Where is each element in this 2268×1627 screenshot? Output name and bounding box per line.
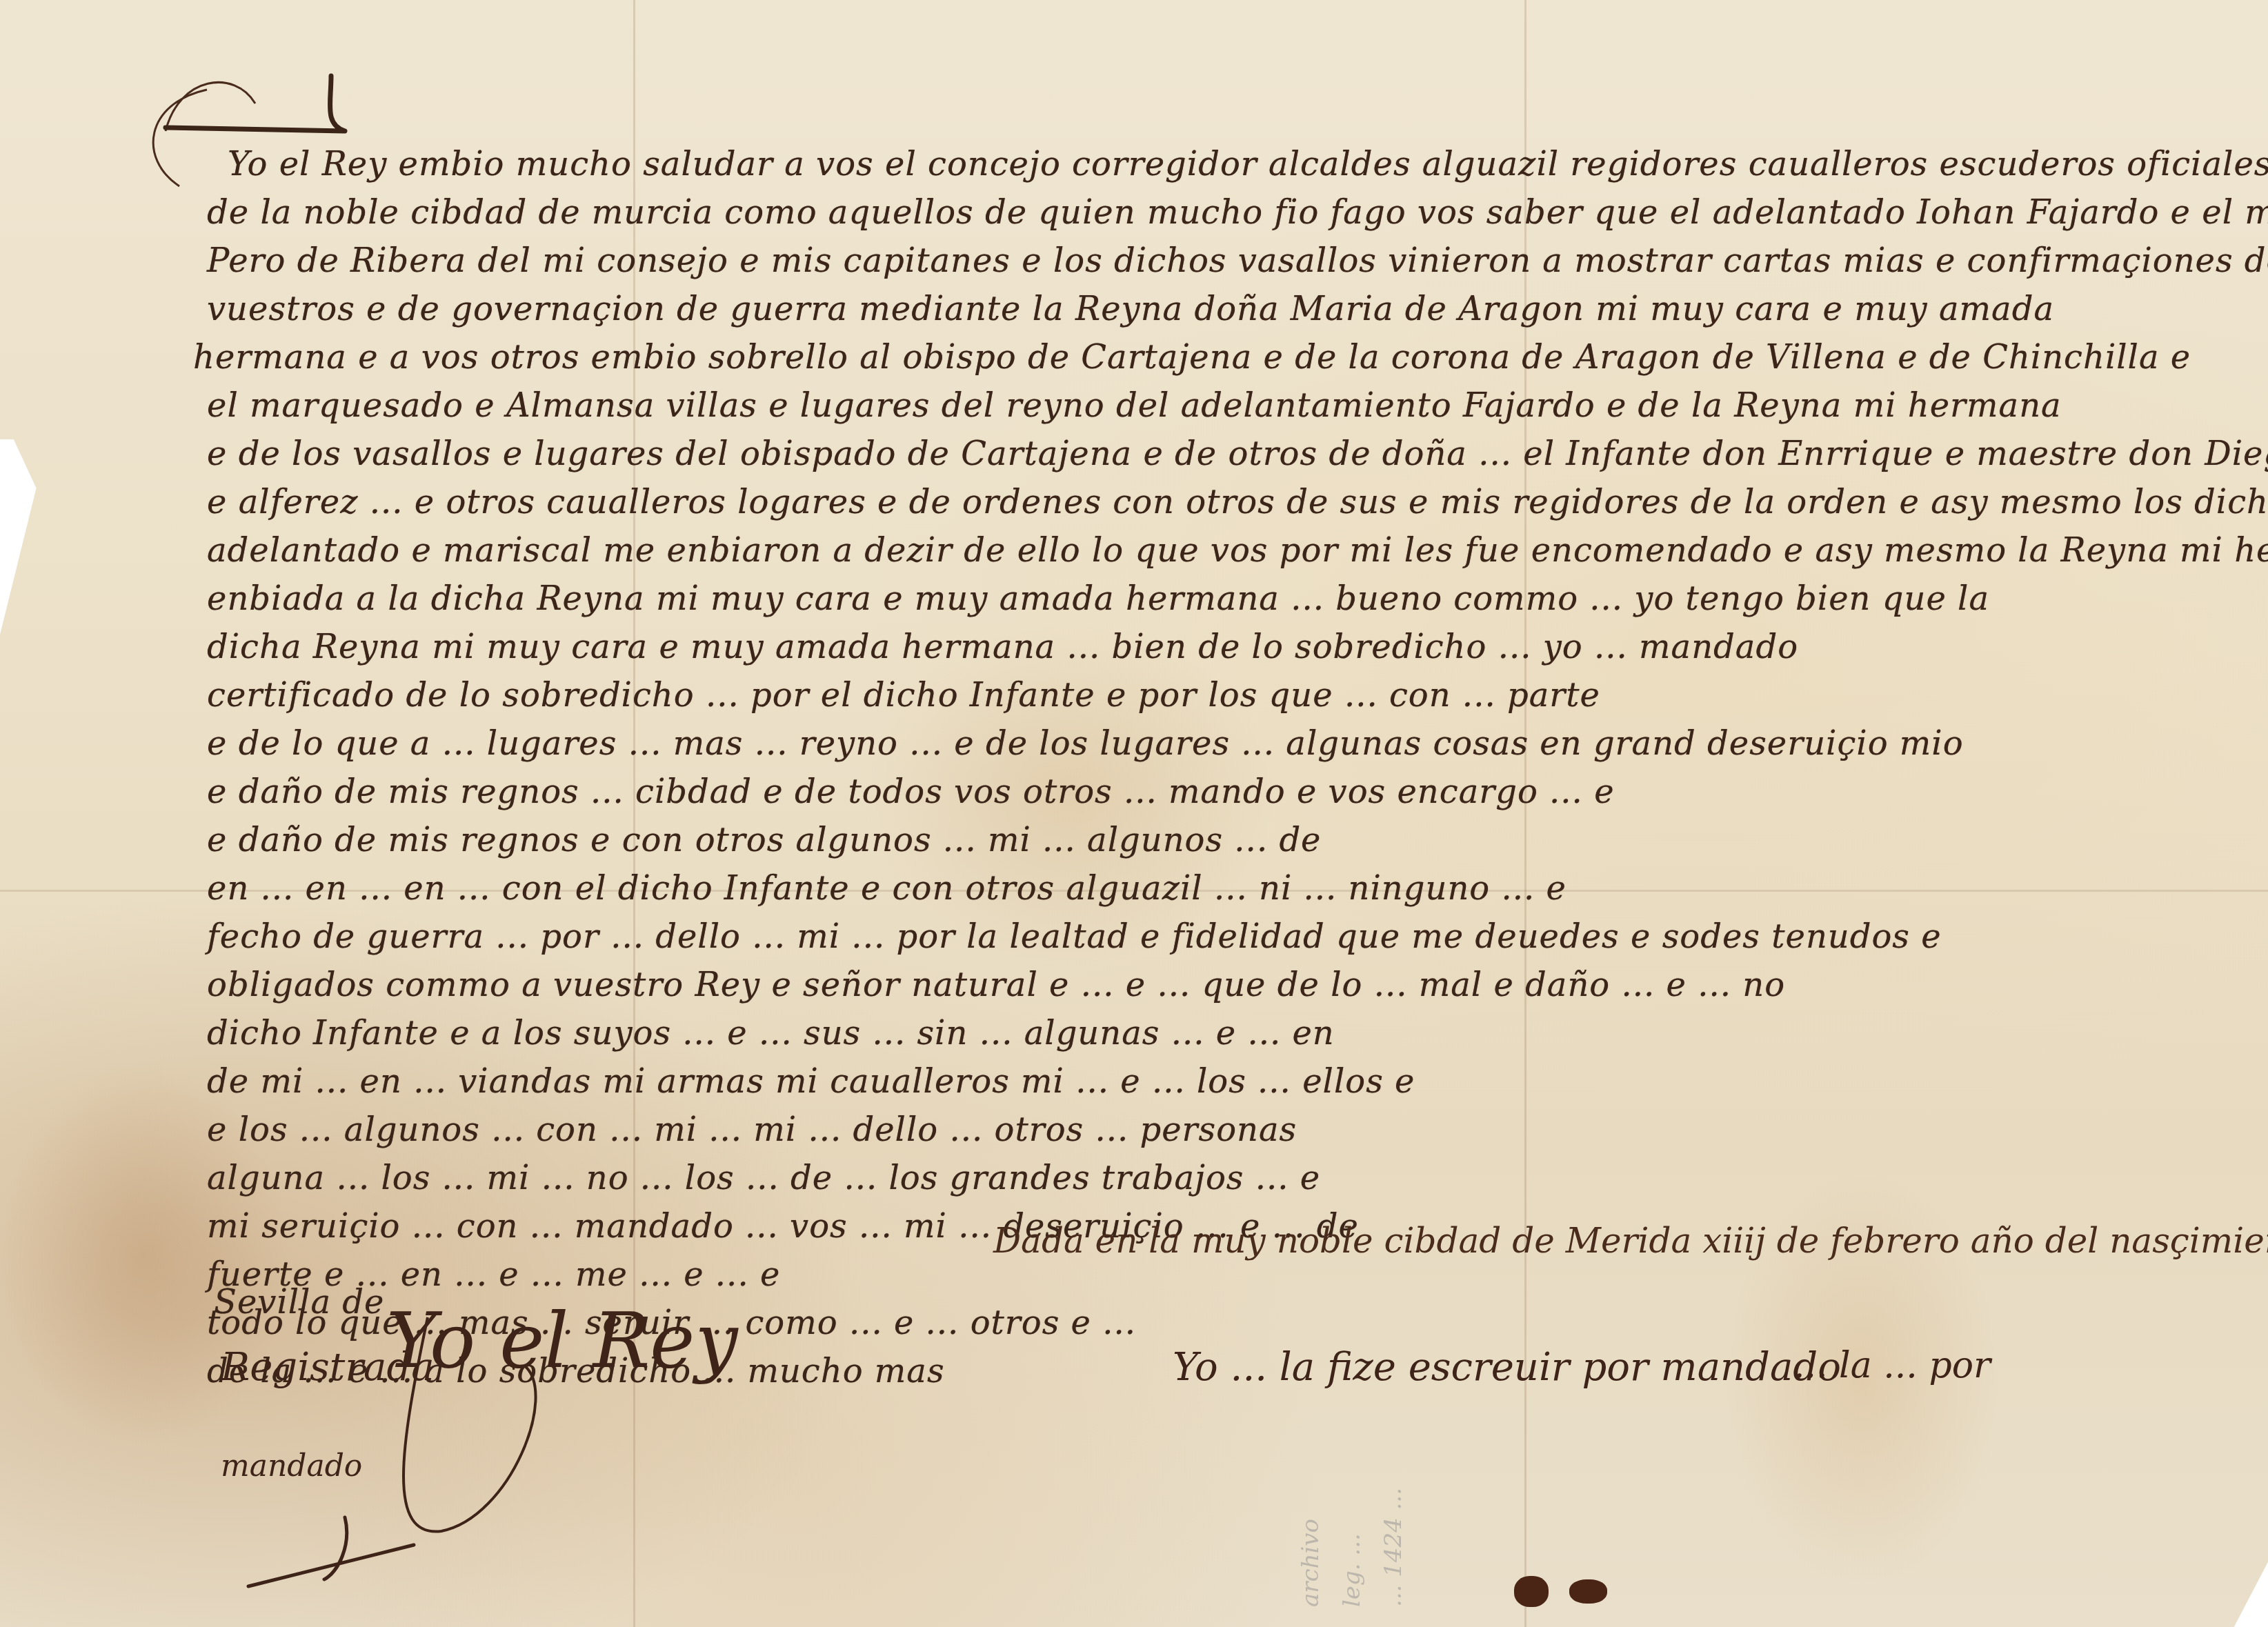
text-line: e de los vasallos e lugares del obispado… — [207, 435, 2268, 473]
registry-mark: Registrada — [221, 1345, 435, 1390]
text-line: adelantado e mariscal me enbiaron a dezi… — [207, 531, 2268, 570]
ink-blot — [1569, 1579, 1607, 1604]
text-line: e daño de mis regnos e con otros algunos… — [207, 821, 1322, 859]
text-line: hermana e a vos otros embio sobrello al … — [193, 338, 2191, 377]
chancery-note: ... la ... por — [1793, 1345, 1991, 1386]
secretary-signature: Yo ... la fize escreuir por mandado — [1173, 1345, 1841, 1390]
text-line: vuestros e de governaçion de guerra medi… — [207, 290, 2054, 328]
text-line: e daño de mis regnos ... cibdad e de tod… — [207, 772, 1615, 811]
text-line: obligados commo a vuestro Rey e señor na… — [207, 966, 1785, 1004]
text-line: alguna ... los ... mi ... no ... los ...… — [207, 1159, 1320, 1197]
text-line: dicha Reyna mi muy cara e muy amada herm… — [207, 628, 1798, 666]
text-line: de la noble cibdad de murcia como aquell… — [207, 193, 2268, 232]
text-line: enbiada a la dicha Reyna mi muy cara e m… — [207, 579, 1989, 618]
text-line: en ... en ... en ... con el dicho Infant… — [207, 869, 1566, 908]
pencil-archive-note: ... 1424 ... — [1380, 1488, 1407, 1607]
text-line: el marquesado e Almansa villas e lugares… — [207, 386, 2062, 425]
text-line: de mi ... en ... viandas mi armas mi cau… — [207, 1062, 1415, 1101]
text-line: e alferez ... e otros caualleros logares… — [207, 483, 2268, 521]
text-line: fecho de guerra ... por ... dello ... mi… — [207, 917, 1942, 956]
text-line: certificado de lo sobredicho ... por el … — [207, 676, 1600, 715]
text-line: e los ... algunos ... con ... mi ... mi … — [207, 1110, 1297, 1149]
text-line-closing: Sevilla de — [214, 1283, 384, 1321]
mandado-mark: mandado — [221, 1448, 362, 1484]
date-line: Dada en la muy noble cibdad de Merida xi… — [993, 1221, 2268, 1261]
pencil-archive-note: leg. ... — [1338, 1533, 1366, 1607]
text-line: Pero de Ribera del mi consejo e mis capi… — [207, 241, 2268, 280]
manuscript-sheet: Yo el Rey embio mucho saludar a vos el c… — [0, 0, 2268, 1627]
text-line: e de lo que a ... lugares ... mas ... re… — [207, 724, 1964, 763]
rubric-flourish-icon — [241, 1504, 448, 1600]
pencil-archive-note: archivo — [1297, 1519, 1324, 1607]
ink-blot — [1514, 1576, 1549, 1607]
text-line: dicho Infante e a los suyos ... e ... su… — [207, 1014, 1335, 1052]
text-line: Yo el Rey embio mucho saludar a vos el c… — [228, 145, 2268, 183]
